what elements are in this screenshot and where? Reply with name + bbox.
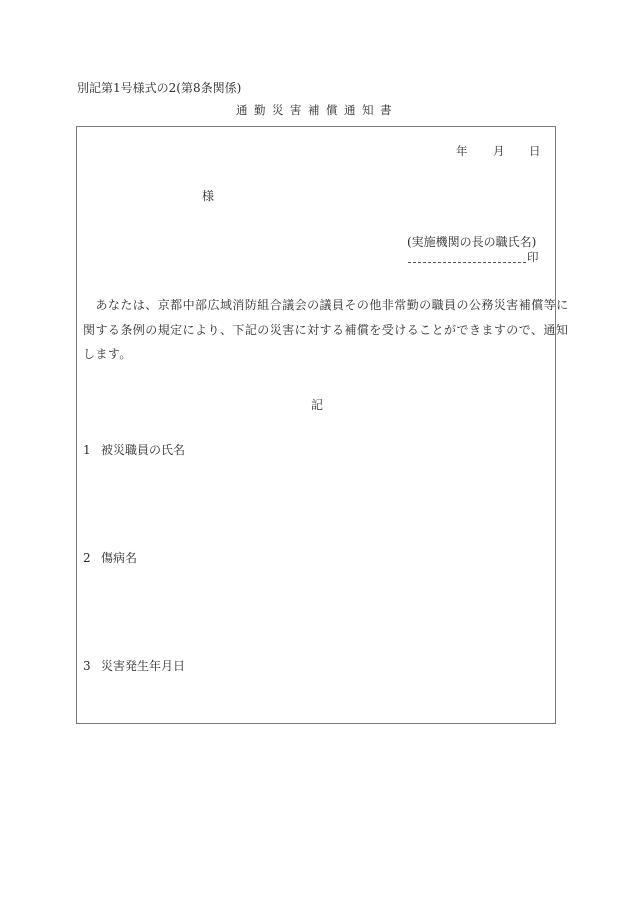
- form-label: 別記第1号様式の2(第8条関係): [77, 80, 241, 96]
- item-number: 3: [83, 658, 101, 674]
- notice-body-line: 関する条例の規定により、下記の災害に対する補償を受けることができますので、通知: [83, 318, 553, 343]
- notice-body: あなたは、京都中部広域消防組合議会の議員その他非常勤の職員の公務災害補償等に 関…: [83, 293, 553, 367]
- item-label: 傷病名: [101, 551, 137, 565]
- item-number: 2: [83, 550, 101, 566]
- item-number: 1: [83, 442, 101, 458]
- issuer-name-label: (実施機関の長の職氏名): [407, 234, 536, 250]
- ki-heading: 記: [311, 397, 323, 413]
- item-injured-employee-name: 1被災職員の氏名: [83, 442, 185, 458]
- signature-line: [408, 262, 526, 263]
- item-accident-date: 3災害発生年月日: [83, 658, 185, 674]
- item-label: 被災職員の氏名: [101, 443, 185, 457]
- item-label: 災害発生年月日: [101, 659, 185, 673]
- notice-body-line: あなたは、京都中部広域消防組合議会の議員その他非常勤の職員の公務災害補償等に: [83, 293, 553, 318]
- recipient-suffix: 様: [202, 188, 214, 204]
- form-frame: [76, 126, 556, 724]
- seal-mark: 印: [527, 249, 539, 265]
- item-injury-name: 2傷病名: [83, 550, 137, 566]
- date-day-label: 日: [529, 143, 541, 159]
- date-year-label: 年: [456, 143, 468, 159]
- date-month-label: 月: [493, 143, 505, 159]
- document-title: 通勤災害補償通知書: [236, 102, 398, 118]
- notice-body-line: します。: [83, 342, 553, 367]
